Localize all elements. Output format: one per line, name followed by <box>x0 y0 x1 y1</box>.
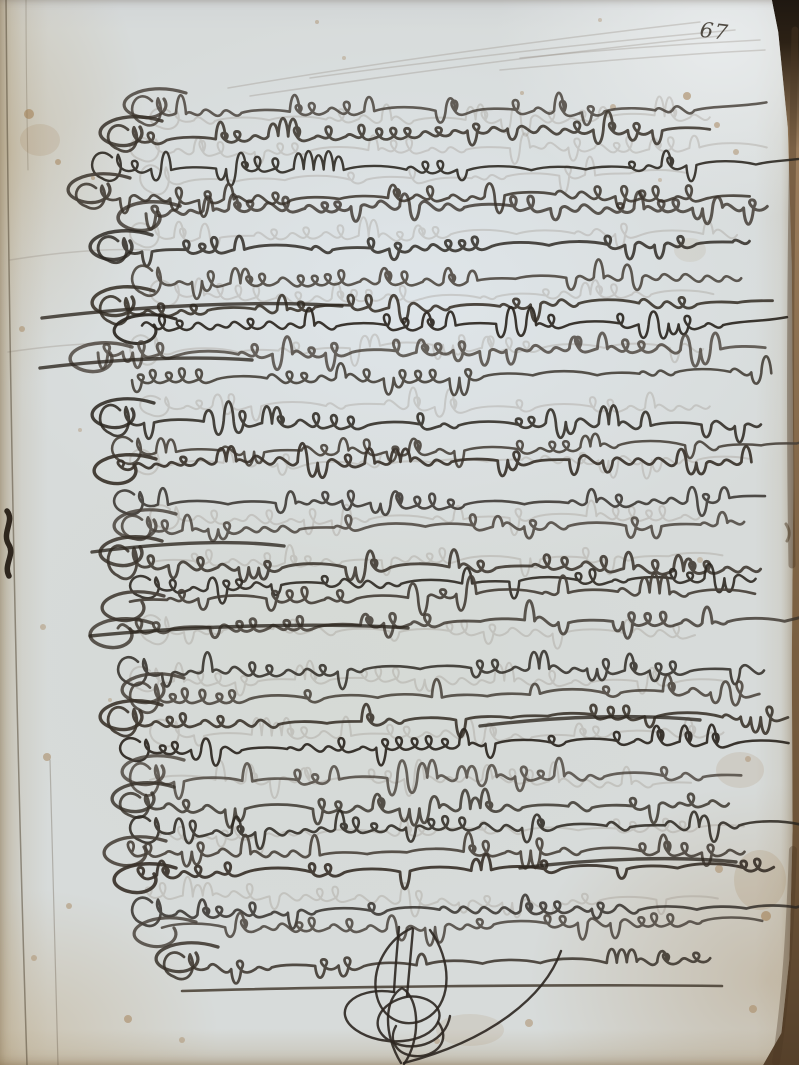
manuscript-photo: 67 <box>0 0 799 1065</box>
manuscript-page <box>0 0 799 1065</box>
